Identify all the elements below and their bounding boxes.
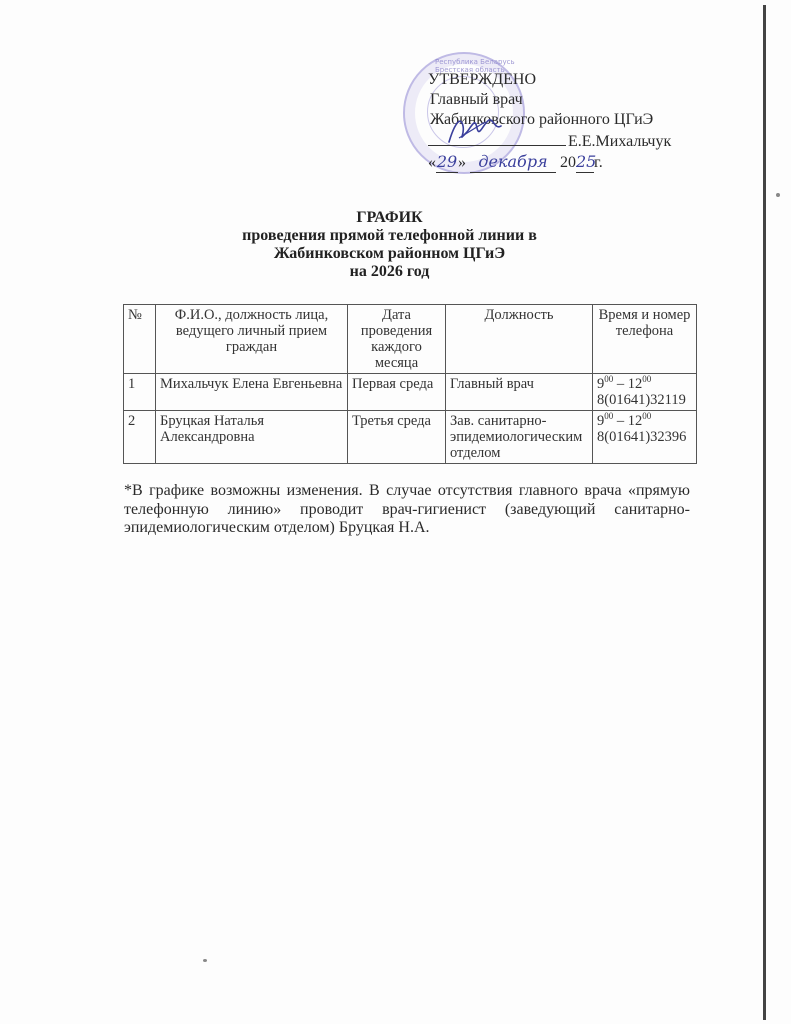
cell-number: 1 [124, 374, 156, 411]
scan-speck [776, 193, 780, 197]
approval-heading: УТВЕРЖДЕНО [428, 70, 671, 90]
cell-name: Михальчук Елена Евгеньевна [156, 374, 348, 411]
title-line-2: проведения прямой телефонной линии в [0, 227, 785, 245]
time-range: 900 – 1200 [597, 413, 692, 429]
date-year-unit: г. [594, 154, 603, 171]
table-row: 1 Михальчук Елена Евгеньевна Первая сред… [124, 374, 697, 411]
header-time-phone: Время и номер телефона [593, 305, 697, 374]
title-line-4: на 2026 год [0, 263, 785, 281]
table-header-row: № Ф.И.О., должность лица, ведущего личны… [124, 305, 697, 374]
header-position: Должность [446, 305, 593, 374]
schedule-table: № Ф.И.О., должность лица, ведущего личны… [123, 304, 697, 464]
header-date: Дата проведения каждого месяца [348, 305, 446, 374]
handwritten-signature-icon [445, 112, 505, 146]
document-title: ГРАФИК проведения прямой телефонной лини… [0, 209, 791, 281]
header-name: Ф.И.О., должность лица, ведущего личный … [156, 305, 348, 374]
table-row: 2 Бруцкая Наталья Александровна Третья с… [124, 411, 697, 464]
phone-number: 8(01641)32119 [597, 392, 692, 408]
date-quote-open: « [428, 154, 436, 171]
time-range: 900 – 1200 [597, 376, 692, 392]
cell-date: Первая среда [348, 374, 446, 411]
cell-time-phone: 900 – 1200 8(01641)32396 [593, 411, 697, 464]
approval-signatory: Е.Е.Михальчук [568, 133, 671, 150]
cell-number: 2 [124, 411, 156, 464]
approval-position: Главный врач [428, 90, 671, 110]
cell-date: Третья среда [348, 411, 446, 464]
header-number: № [124, 305, 156, 374]
cell-time-phone: 900 – 1200 8(01641)32119 [593, 374, 697, 411]
cell-position: Зав. санитарно-эпидемиологическим отдело… [446, 411, 593, 464]
phone-number: 8(01641)32396 [597, 429, 692, 445]
approval-date: «29» декабря 2025г. [428, 152, 671, 173]
cell-name: Бруцкая Наталья Александровна [156, 411, 348, 464]
title-line-3: Жабинковском районном ЦГиЭ [0, 245, 785, 263]
scan-page-edge [763, 5, 766, 1020]
footnote: *В графике возможны изменения. В случае … [124, 482, 690, 538]
date-month: декабря [470, 152, 556, 173]
date-year-suffix: 25 [576, 152, 594, 173]
date-day: 29 [436, 152, 458, 173]
date-year-prefix: 20 [560, 154, 576, 171]
cell-position: Главный врач [446, 374, 593, 411]
title-line-1: ГРАФИК [0, 209, 785, 227]
scan-speck [203, 959, 207, 962]
date-quote-close: » [458, 154, 466, 171]
